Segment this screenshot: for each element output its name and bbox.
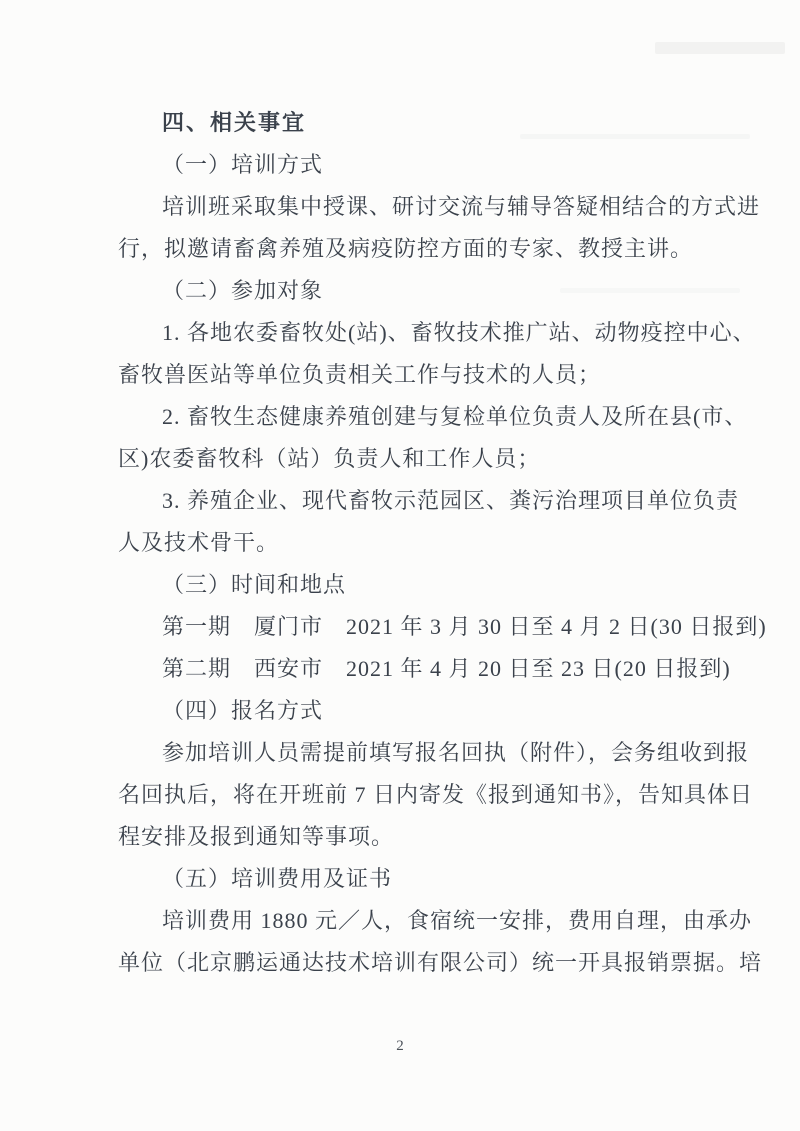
document-line: （一）培训方式	[118, 144, 684, 186]
document-line: 行，拟邀请畜禽养殖及病疫防控方面的专家、教授主讲。	[118, 228, 684, 270]
section-heading: 四、相关事宜	[118, 102, 684, 144]
document-line: 1. 各地农委畜牧处(站)、畜牧技术推广站、动物疫控中心、	[118, 312, 684, 354]
document-page: 四、相关事宜（一）培训方式培训班采取集中授课、研讨交流与辅导答疑相结合的方式进行…	[0, 0, 800, 1131]
page-number: 2	[0, 1038, 800, 1055]
document-line: （二）参加对象	[118, 270, 684, 312]
document-line: 培训班采取集中授课、研讨交流与辅导答疑相结合的方式进	[118, 186, 684, 228]
document-line: 名回执后，将在开班前 7 日内寄发《报到通知书》，告知具体日	[118, 774, 684, 816]
document-line: 程安排及报到通知等事项。	[118, 816, 684, 858]
document-line: 2. 畜牧生态健康养殖创建与复检单位负责人及所在县(市、	[118, 396, 684, 438]
document-line: 参加培训人员需提前填写报名回执（附件），会务组收到报	[118, 732, 684, 774]
document-line: 人及技术骨干。	[118, 522, 684, 564]
document-line: （三）时间和地点	[118, 564, 684, 606]
document-line: （四）报名方式	[118, 690, 684, 732]
document-line: 3. 养殖企业、现代畜牧示范园区、粪污治理项目单位负责	[118, 480, 684, 522]
document-line: （五）培训费用及证书	[118, 858, 684, 900]
document-line: 第二期 西安市 2021 年 4 月 20 日至 23 日(20 日报到)	[118, 648, 684, 690]
document-line: 培训费用 1880 元／人，食宿统一安排，费用自理，由承办	[118, 900, 684, 942]
document-line: 畜牧兽医站等单位负责相关工作与技术的人员；	[118, 354, 684, 396]
document-line: 区)农委畜牧科（站）负责人和工作人员；	[118, 438, 684, 480]
document-line: 第一期 厦门市 2021 年 3 月 30 日至 4 月 2 日(30 日报到)	[118, 606, 684, 648]
document-body: 四、相关事宜（一）培训方式培训班采取集中授课、研讨交流与辅导答疑相结合的方式进行…	[118, 102, 684, 984]
document-line: 单位（北京鹏运通达技术培训有限公司）统一开具报销票据。培	[118, 942, 684, 984]
scan-artifact	[655, 42, 785, 54]
